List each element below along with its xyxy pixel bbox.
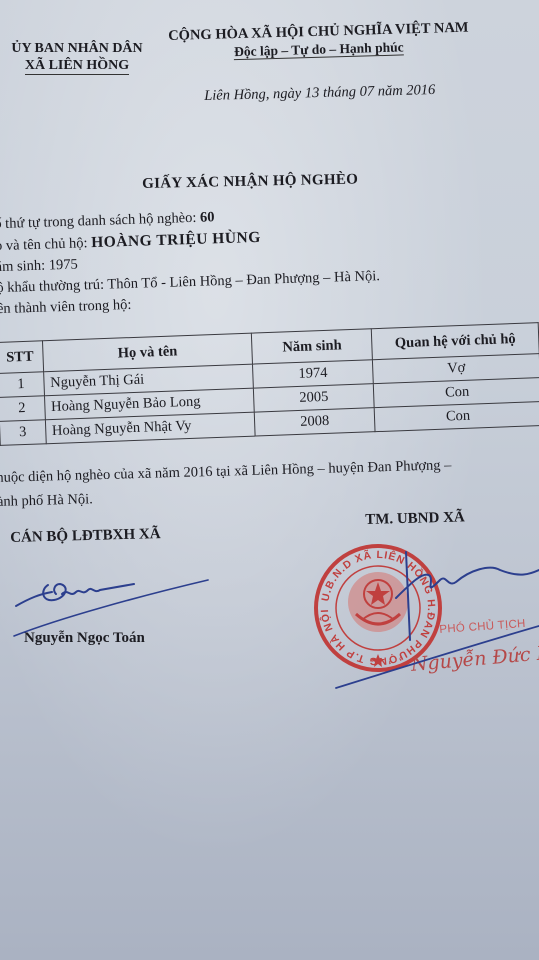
left-signature-icon xyxy=(14,580,208,636)
handwritten-signatures xyxy=(0,0,539,960)
document-page: ỦY BAN NHÂN DÂN XÃ LIÊN HỒNG CỘNG HÒA XÃ… xyxy=(0,0,539,960)
right-signature-icon xyxy=(336,552,539,688)
